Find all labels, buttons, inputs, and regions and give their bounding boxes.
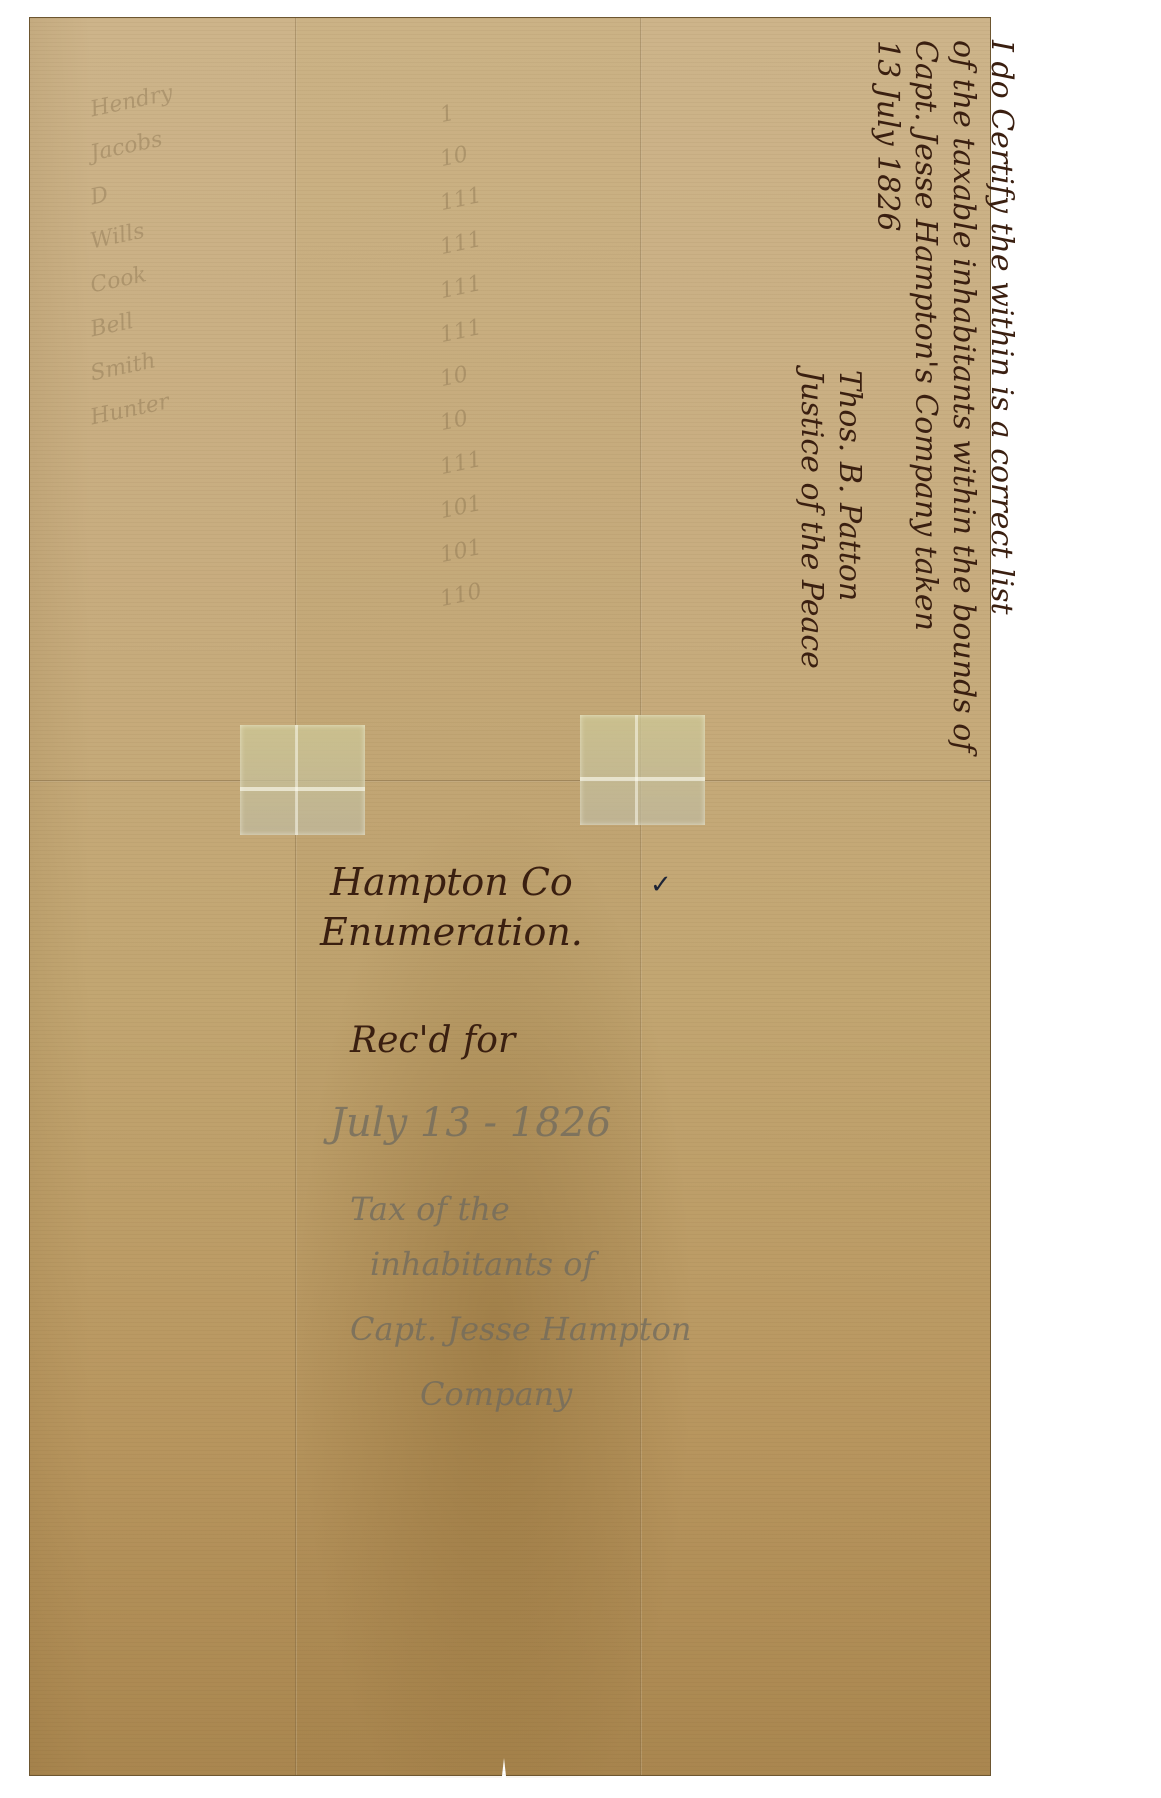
docket-label: Enumeration.	[320, 910, 583, 954]
certification-line: Capt. Jesse Hampton's Company taken	[906, 40, 944, 800]
certification-line: of the taxable inhabitants within the bo…	[944, 40, 982, 800]
tape-patch-left	[240, 725, 365, 835]
docket-received: Rec'd for	[350, 1020, 515, 1061]
bleed-through-numbers: 1 10 111 111 111 111 10 10 111 101 101 1…	[440, 90, 482, 618]
signature: Thos. B. Patton	[830, 40, 868, 800]
tape-patch-right	[580, 715, 705, 825]
pencil-note-line: Company	[420, 1375, 572, 1413]
bleed-through-names: Hendry Jacobs D Wills Cook Bell Smith Hu…	[90, 80, 173, 432]
pencil-note-line: inhabitants of	[370, 1245, 594, 1283]
signature-title: Justice of the Peace	[792, 40, 830, 800]
certification-block: I do Certify the within is a correct lis…	[792, 40, 1020, 800]
fold-crease-left	[295, 18, 297, 1775]
pencil-note-line: Tax of the	[350, 1190, 510, 1228]
certification-date: 13 July 1826	[868, 40, 906, 800]
docket-county: Hampton Co	[330, 860, 573, 904]
certification-line: I do Certify the within is a correct lis…	[982, 40, 1020, 800]
pencil-note-line: Capt. Jesse Hampton	[350, 1310, 692, 1348]
fold-crease-right	[640, 18, 642, 1775]
check-mark-icon: ✓	[650, 870, 672, 900]
pencil-date: July 13 - 1826	[330, 1100, 612, 1146]
